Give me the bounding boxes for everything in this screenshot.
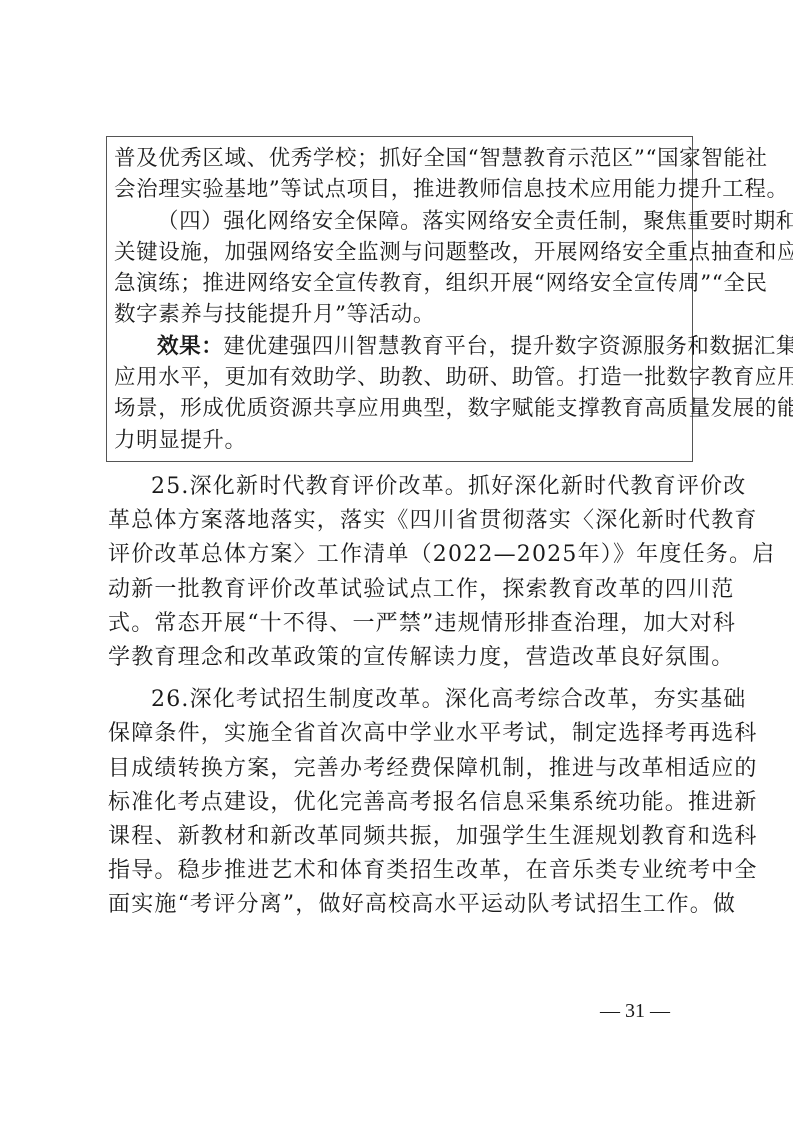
box-line: 关键设施，加强网络安全监测与问题整改，开展网络安全重点抽查和应: [114, 237, 686, 268]
paragraph-line: 课程、新教材和新改革同频共振，加强学生生涯规划教育和选科: [108, 820, 698, 854]
box-line: 急演练；推进网络安全宣传教育，组织开展“网络安全宣传周”“全民: [114, 268, 686, 299]
highlight-box: 普及优秀区域、优秀学校；抓好全国“智慧教育示范区”“国家智能社 会治理实验基地”…: [106, 136, 693, 462]
paragraph-line: 动新一批教育评价改革试验试点工作，探索教育改革的四川范: [108, 573, 698, 607]
box-line: 数字素养与技能提升月”等活动。: [114, 299, 686, 330]
effect-line: 应用水平，更加有效助学、助教、助研、助管。打造一批数字教育应用: [114, 362, 686, 393]
paragraph-25: 25.深化新时代教育评价改革。抓好深化新时代教育评价改 革总体方案落地落实，落实…: [108, 470, 698, 675]
paragraph-line: 标准化考点建设，优化完善高考报名信息采集系统功能。推进新: [108, 786, 698, 820]
page-number: — 31 —: [600, 1000, 670, 1023]
paragraph-line: 面实施“考评分离”，做好高校高水平运动队考试招生工作。做: [108, 888, 698, 922]
effect-line: 力明显提升。: [114, 425, 686, 456]
paragraph-line: 评价改革总体方案〉工作清单（2022—2025年）》年度任务。启: [108, 538, 698, 572]
paragraph-line: 目成绩转换方案，完善办考经费保障机制，推进与改革相适应的: [108, 752, 698, 786]
effect-text: 建优建强四川智慧教育平台，提升数字资源服务和数据汇集: [223, 334, 793, 359]
effect-label: 效果：: [157, 334, 223, 359]
paragraph-line: 指导。稳步推进艺术和体育类招生改革，在音乐类专业统考中全: [108, 854, 698, 888]
paragraph-line: 式。常态开展“十不得、一严禁”违规情形排查治理，加大对科: [108, 607, 698, 641]
body-text: 25.深化新时代教育评价改革。抓好深化新时代教育评价改 革总体方案落地落实，落实…: [108, 470, 698, 930]
box-line: （四）强化网络安全保障。落实网络安全责任制，聚焦重要时期和: [114, 206, 686, 237]
effect-line: 效果：建优建强四川智慧教育平台，提升数字资源服务和数据汇集: [114, 331, 686, 362]
box-line: 普及优秀区域、优秀学校；抓好全国“智慧教育示范区”“国家智能社: [114, 143, 686, 174]
paragraph-line: 26.深化考试招生制度改革。深化高考综合改革，夯实基础: [108, 683, 698, 717]
paragraph-26: 26.深化考试招生制度改革。深化高考综合改革，夯实基础 保障条件，实施全省首次高…: [108, 683, 698, 922]
paragraph-line: 革总体方案落地落实，落实《四川省贯彻落实〈深化新时代教育: [108, 504, 698, 538]
paragraph-line: 学教育理念和改革政策的宣传解读力度，营造改革良好氛围。: [108, 641, 698, 675]
box-line: 会治理实验基地”等试点项目，推进教师信息技术应用能力提升工程。: [114, 174, 686, 205]
effect-line: 场景，形成优质资源共享应用典型，数字赋能支撑教育高质量发展的能: [114, 393, 686, 424]
paragraph-line: 25.深化新时代教育评价改革。抓好深化新时代教育评价改: [108, 470, 698, 504]
paragraph-line: 保障条件，实施全省首次高中学业水平考试，制定选择考再选科: [108, 717, 698, 751]
